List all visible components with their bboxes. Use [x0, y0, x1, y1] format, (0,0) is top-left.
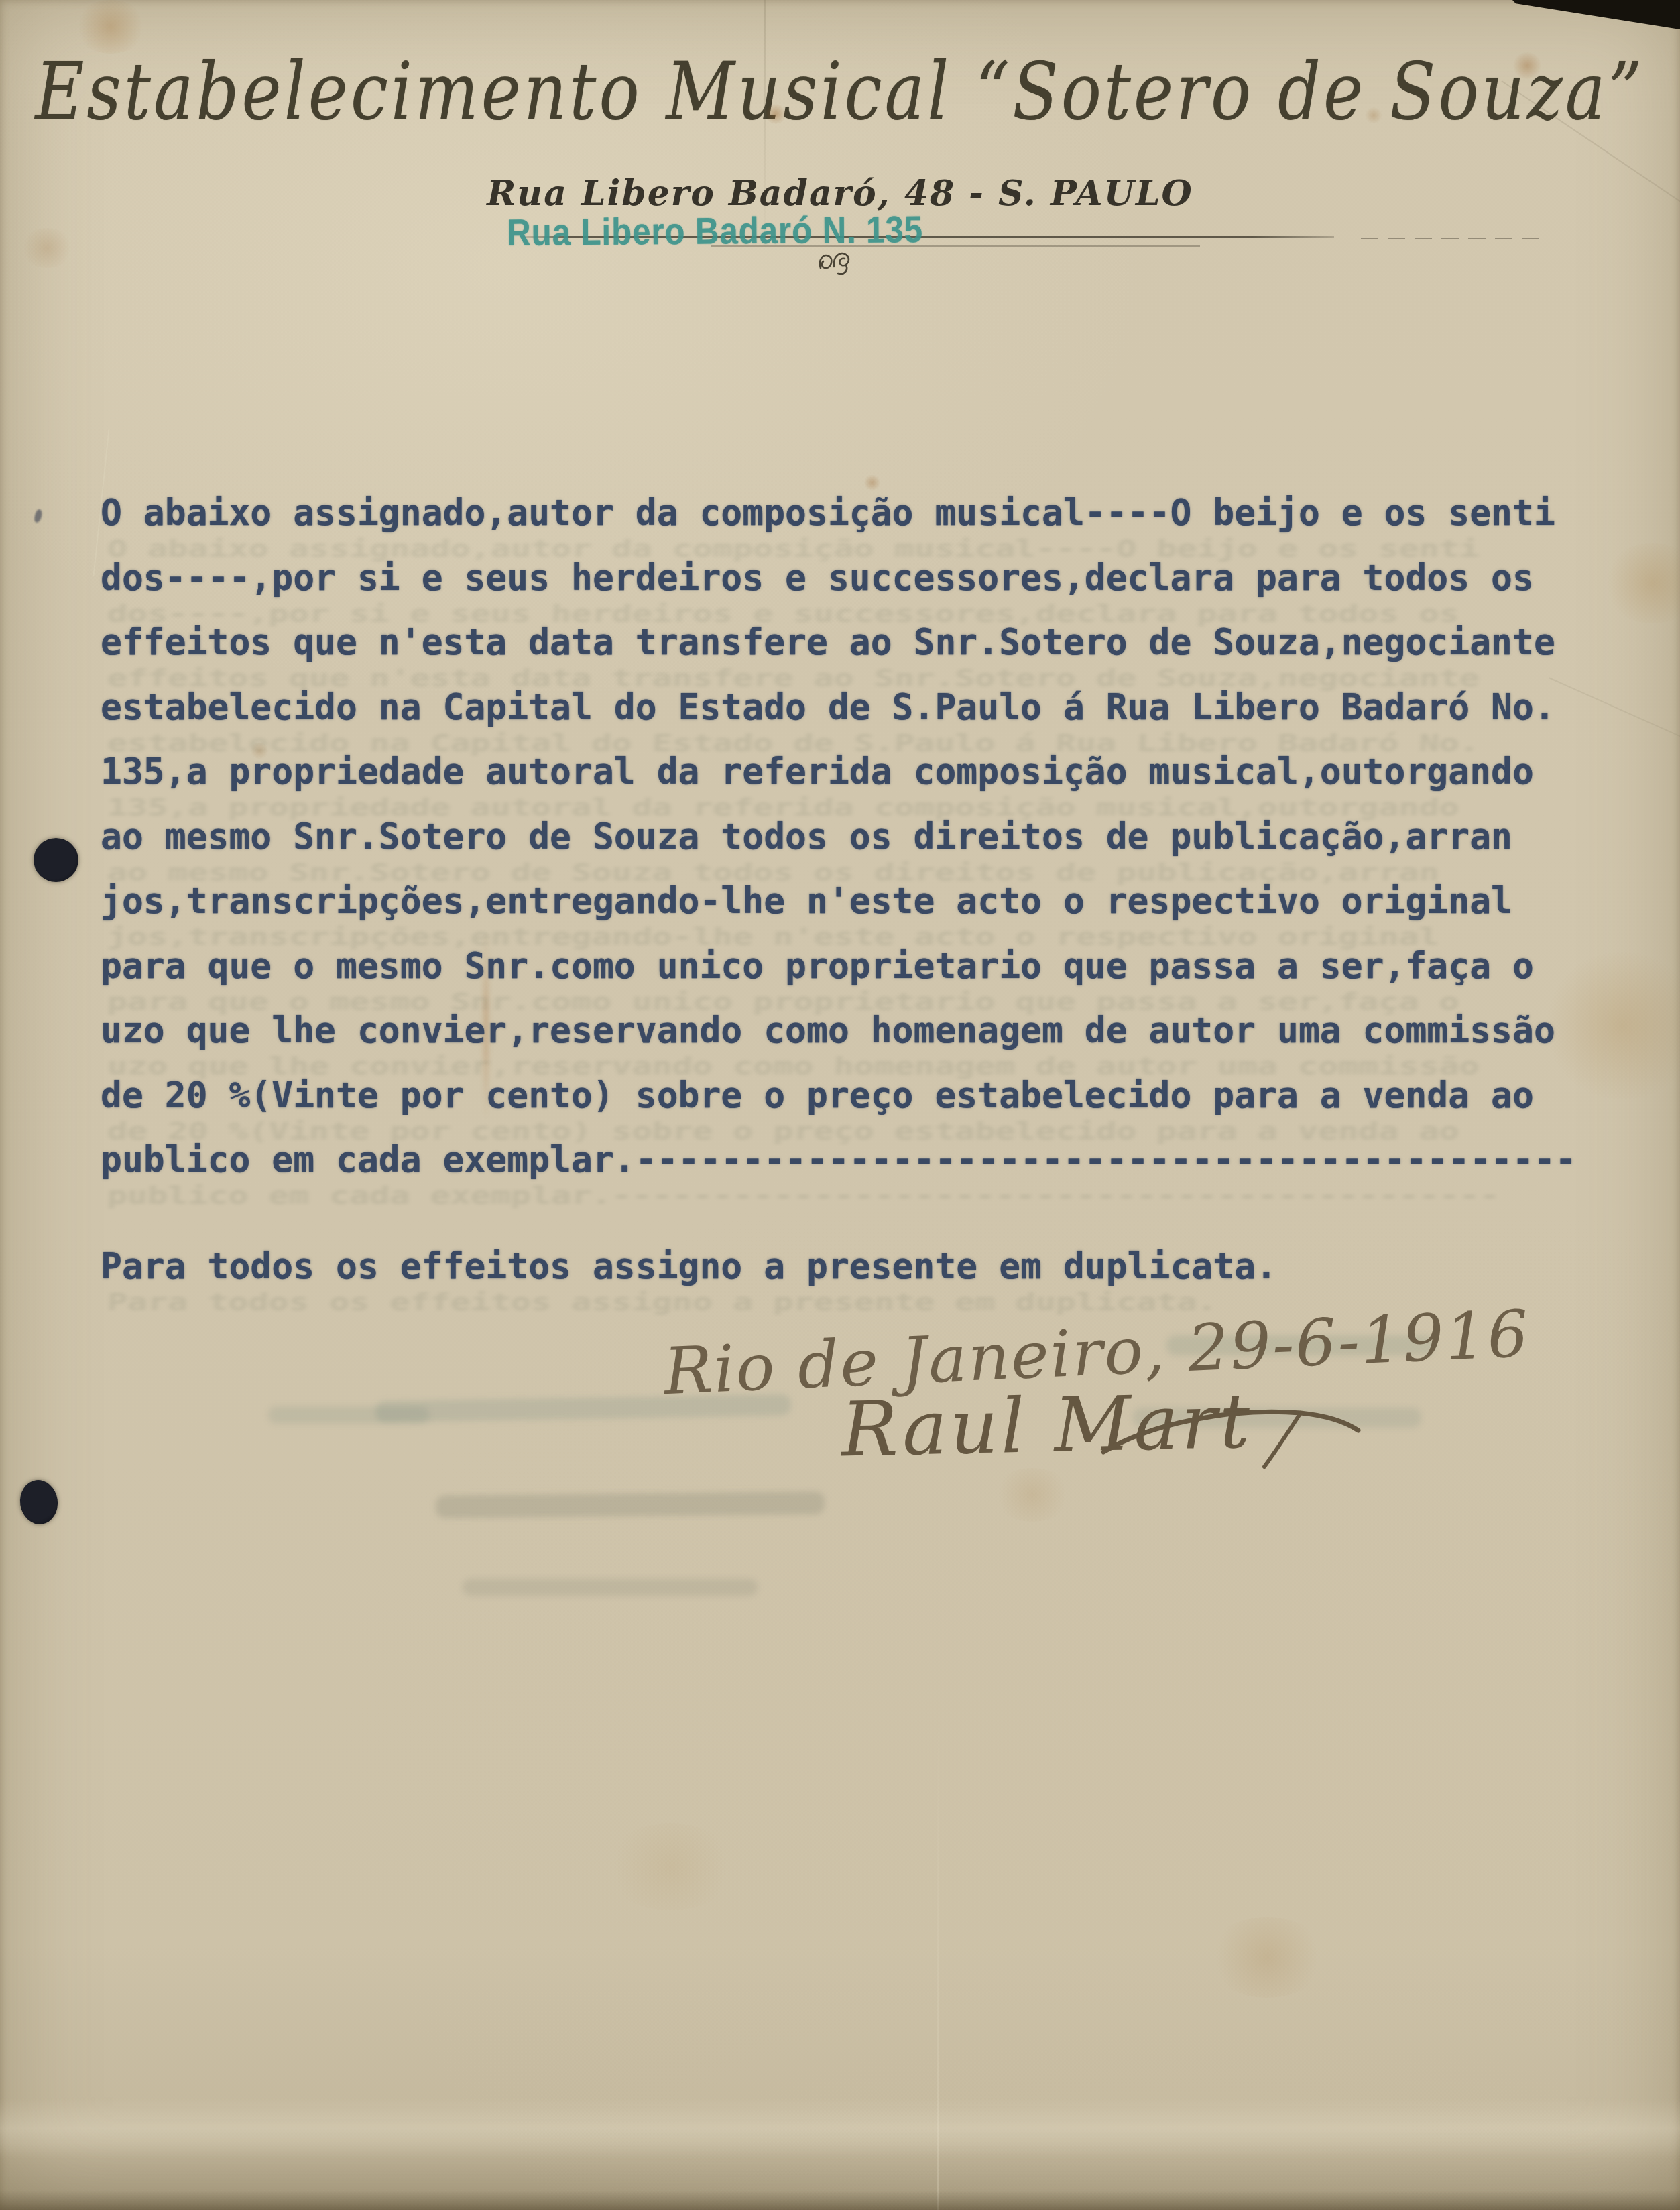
typed-line: dos----,por si e seus herdeiros e succes… [101, 558, 1629, 599]
typed-row: publico em cada exemplar.---------------… [101, 1140, 1629, 1205]
ghost-impression: Para todos os effeitos assigno a present… [107, 1288, 1218, 1316]
paper-stain [20, 228, 74, 268]
ghost-smudge [268, 1406, 429, 1424]
typed-line: jos,transcripções,entregando-lhe n'este … [101, 881, 1629, 922]
typed-line: de 20 %(Vinte por cento) sobre o preço e… [101, 1076, 1629, 1116]
paper-corner-tear [1512, 0, 1680, 29]
document-page: Estabelecimento Musical “Sotero de Souza… [0, 0, 1680, 2210]
typed-line: publico em cada exemplar.---------------… [101, 1140, 1629, 1180]
typed-line: para que o mesmo Snr.como unico propriet… [101, 946, 1629, 987]
address-rubber-stamp: Rua Libero Badaró N. 135 [507, 207, 923, 254]
ghost-smudge [463, 1579, 758, 1596]
typed-row: de 20 %(Vinte por cento) sobre o preço e… [101, 1076, 1629, 1141]
ink-speck [33, 509, 44, 524]
typed-row: jos,transcripções,entregando-lhe n'este … [101, 881, 1629, 946]
typed-line: effeitos que n'esta data transfere ao Sn… [101, 623, 1629, 663]
typed-row: effeitos que n'esta data transfere ao Sn… [101, 623, 1629, 688]
hole-punch [34, 838, 78, 882]
typed-row: uzo que lhe convier,reservando como home… [101, 1011, 1629, 1076]
typed-line: 135,a propriedade autoral da referida co… [101, 752, 1629, 792]
typed-line: uzo que lhe convier,reservando como home… [101, 1011, 1629, 1051]
hole-punch [17, 1477, 61, 1526]
letterhead-rule-dashed [1361, 238, 1539, 239]
printer-ornament-icon [817, 248, 855, 278]
signature-flourish [1099, 1388, 1368, 1481]
typed-body: O abaixo assignado,autor da composição m… [101, 493, 1629, 1311]
typed-row: para que o mesmo Snr.como unico propriet… [101, 946, 1629, 1011]
paper-stain [992, 1468, 1073, 1522]
typed-row: ao mesmo Snr.Sotero de Souza todos os di… [101, 817, 1629, 882]
typed-row: O abaixo assignado,autor da composição m… [101, 493, 1629, 558]
typed-row: estabelecido na Capital do Estado de S.P… [101, 688, 1629, 753]
typed-row: 135,a propriedade autoral da referida co… [101, 752, 1629, 817]
paper-stain [863, 475, 881, 491]
paper-bottom-shadow [0, 2190, 1680, 2210]
letterhead-title: Estabelecimento Musical “Sotero de Souza… [0, 45, 1680, 137]
ghost-impression: publico em cada exemplar.---------------… [107, 1182, 1500, 1210]
paper-fold-highlight [0, 2098, 1680, 2158]
typed-line: Para todos os effeitos assigno a present… [101, 1247, 1629, 1287]
ghost-smudge [436, 1491, 825, 1518]
typed-row: dos----,por si e seus herdeiros e succes… [101, 558, 1629, 623]
paper-stain [603, 1823, 737, 1910]
paper-stain [1207, 1917, 1327, 1998]
typed-line: O abaixo assignado,autor da composição m… [101, 493, 1629, 534]
typed-line: estabelecido na Capital do Estado de S.P… [101, 688, 1629, 728]
typed-line: ao mesmo Snr.Sotero de Souza todos os di… [101, 817, 1629, 857]
